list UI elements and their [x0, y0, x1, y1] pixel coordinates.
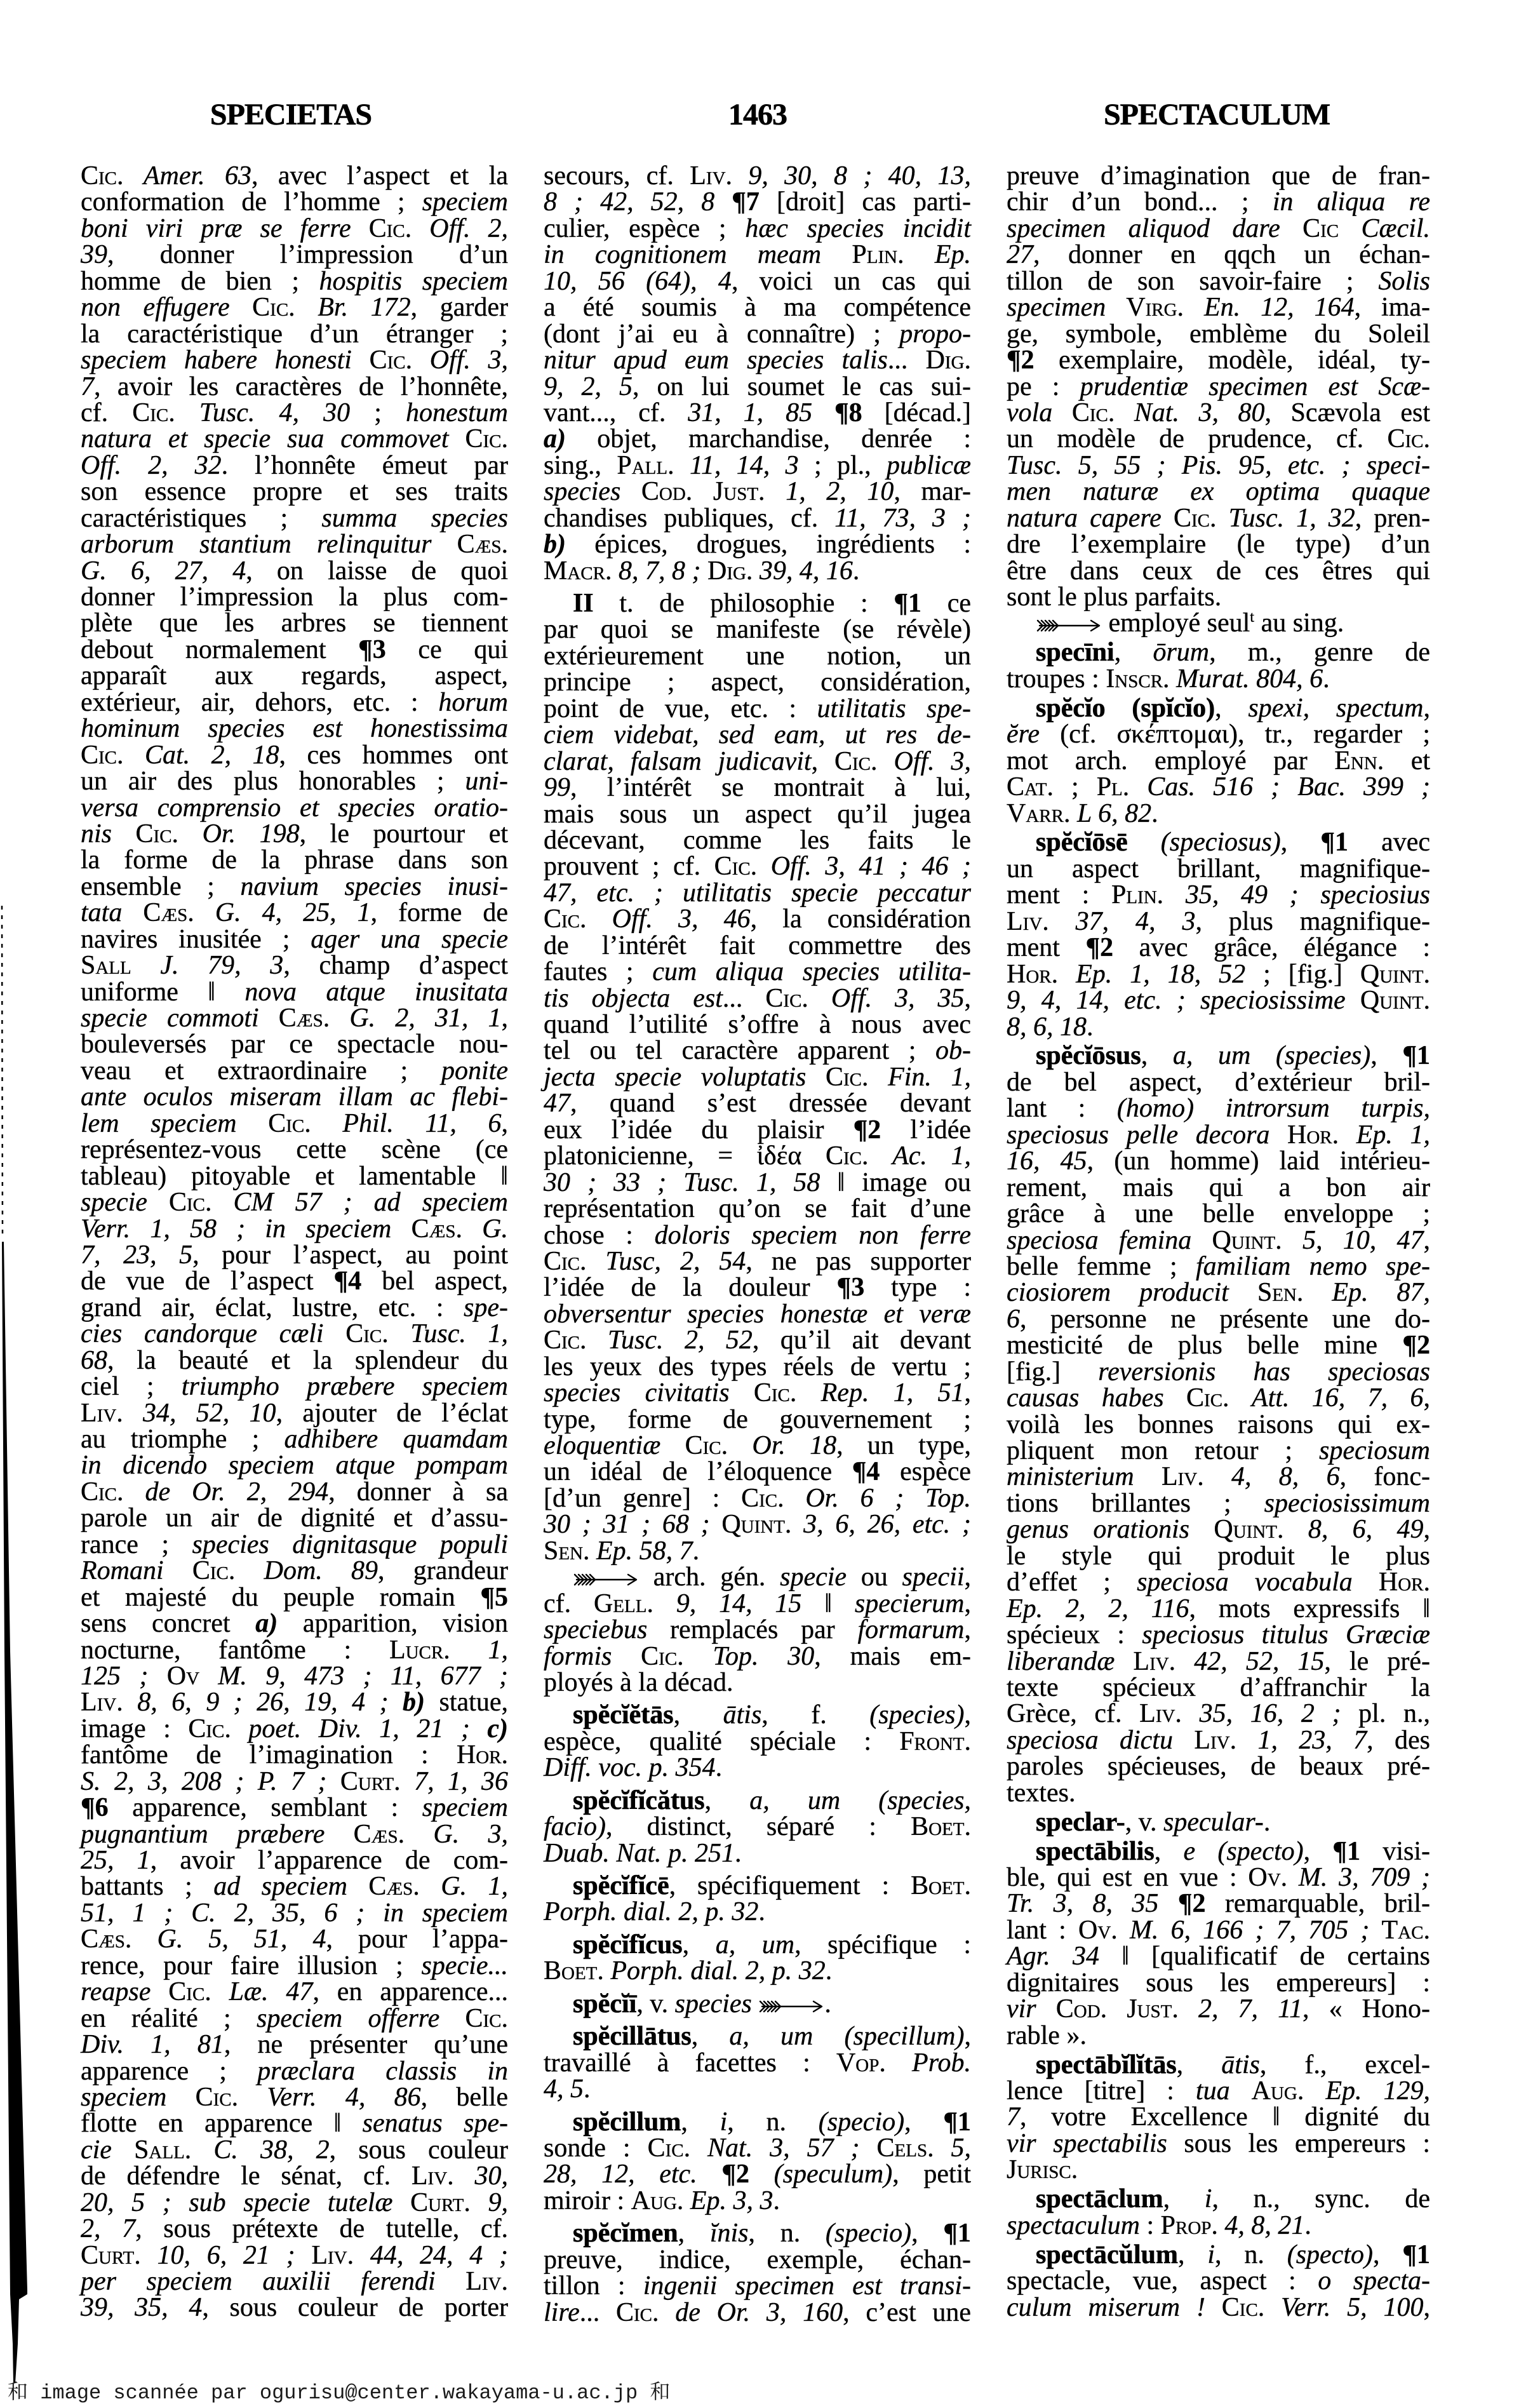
italic-text: G. 1,	[441, 1872, 508, 1901]
text-run: , l’intérêt se montrait à lui,	[570, 773, 971, 802]
author-abbreviation: Pl.	[1097, 772, 1148, 802]
italic-text: Ac. 1,	[892, 1141, 971, 1171]
text-run: ,	[1163, 2184, 1205, 2214]
author-abbreviation: Dig.	[926, 346, 971, 375]
text-run: t. de philosophie :	[594, 589, 894, 618]
text-line: Tr. 3, 8, 35 ¶2 remarquable, bril-	[1007, 1891, 1430, 1917]
text-run: , la considération	[751, 904, 971, 934]
text-run: ;	[1054, 772, 1097, 802]
text-run: ployés à la décad.	[544, 1668, 733, 1697]
text-line: sing., Pall. 11, 14, 3 ; pl., publicæ	[544, 453, 971, 479]
italic-text: Or. 18	[752, 1431, 836, 1460]
text-run: tableau) pitoyable et lamentable ‖	[81, 1162, 508, 1191]
text-line: species civitatis Cic. Rep. 1, 51,	[544, 1380, 971, 1406]
italic-text: tua	[1196, 2076, 1252, 2106]
text-run: ,	[1370, 1041, 1402, 1070]
text-run: un aspect brillant, magnifique-	[1007, 854, 1430, 884]
text-run: le style qui produit le plus	[1007, 1542, 1430, 1571]
italic-text: G.	[482, 1214, 508, 1244]
italic-text: speciem	[422, 187, 508, 217]
text-run: un modèle de prudence, cf.	[1007, 424, 1387, 454]
italic-text: Off. 3, 41 ; 46 ;	[771, 852, 971, 881]
italic-text: 9, 2, 5	[544, 372, 633, 401]
text-run: représentation qu’on se fait d’une	[544, 1194, 971, 1223]
text-run: exemplaire, modèle, idéal, ty-	[1034, 346, 1430, 375]
italic-text: C. 38, 2	[213, 2135, 329, 2165]
text-line: spĕcillum, i, n. (specio), ¶1	[544, 2109, 971, 2135]
text-run: :	[1140, 2211, 1161, 2240]
author-abbreviation: Cic.	[826, 1063, 888, 1092]
author-abbreviation: Cæs.	[457, 530, 508, 559]
italic-text: speciosissimum	[1264, 1489, 1430, 1518]
author-abbreviation: Cic.	[81, 741, 145, 770]
text-line: jecta specie voluptatis Cic. Fin. 1,	[544, 1065, 971, 1091]
italic-text: 30 ; 33 ; Tusc. 1, 58	[544, 1168, 820, 1197]
italic-text: Tusc, 2, 54	[605, 1247, 746, 1276]
author-abbreviation: Hor.	[457, 1740, 508, 1770]
text-run: ,	[1155, 1837, 1184, 1866]
italic-text: Tr. 3, 8, 35	[1007, 1889, 1178, 1918]
italic-text: species civitatis	[544, 1378, 754, 1408]
author-abbreviation: Boet.	[544, 1956, 610, 1986]
text-run: secours, cf.	[544, 161, 690, 191]
text-run: ‖	[801, 1589, 854, 1618]
italic-text: formis	[544, 1642, 641, 1671]
text-line: plète que les arbres se tiennent	[81, 610, 508, 636]
text-line: Grèce, cf. Liv. 35, 16, 2 ; pl. n.,	[1007, 1701, 1430, 1727]
text-run: ; [fig.]	[1245, 960, 1360, 989]
text-line: 9, 2, 5, on lui soumet le cas sui-	[544, 374, 971, 400]
sense-number: ¶1	[943, 2219, 971, 2248]
text-run: , champ d’aspect	[283, 951, 508, 980]
italic-text: Solis	[1378, 267, 1430, 296]
entry-paragraph: secours, cf. Liv. 9, 30, 8 ; 40, 13,8 ; …	[544, 163, 971, 584]
author-abbreviation: Quint.	[1360, 960, 1430, 989]
text-run: ,	[1115, 638, 1153, 667]
text-line: homme de bien ; hospitis speciem	[81, 269, 508, 295]
text-run: , plus magnifique-	[1195, 907, 1430, 936]
text-line: tions brillantes ; speciosissimum	[1007, 1491, 1430, 1517]
italic-text: poet. Div. 1, 21 ;	[248, 1714, 487, 1744]
italic-text: (speciosus)	[1161, 828, 1281, 857]
text-line: ante oculos miseram illam ac flebi-	[81, 1084, 508, 1110]
italic-text: Ep. 58, 7	[596, 1536, 693, 1566]
text-run: sous les empereurs :	[1167, 2129, 1430, 2158]
text-line: in cognitionem meam Plin. Ep.	[544, 242, 971, 268]
text-line: ployés à la décad.	[544, 1670, 971, 1696]
author-abbreviation: Cæs.	[412, 1214, 483, 1244]
italic-text: 44, 24, 4 ;	[370, 2241, 508, 2270]
sense-number: ¶4	[334, 1267, 362, 1296]
text-run: ,	[678, 2219, 710, 2248]
text-line: specimen Virg. En. 12, 164, ima-	[1007, 295, 1430, 321]
text-run: preuve d’imagination que de fran-	[1007, 161, 1430, 191]
sense-number: ¶1	[1320, 828, 1348, 857]
text-run: , c’est une	[843, 2298, 971, 2327]
italic-text: 4, 5	[544, 2074, 584, 2104]
author-abbreviation: Aug.	[1252, 2076, 1326, 2106]
italic-text: specular-	[1163, 1808, 1264, 1837]
text-run: paroles spécieuses, de beaux pré-	[1007, 1752, 1430, 1781]
text-line: représentation qu’on se fait d’une	[544, 1196, 971, 1222]
text-run: textes.	[1007, 1778, 1075, 1808]
italic-text: natura capere	[1007, 504, 1174, 533]
italic-text: horum	[438, 688, 508, 717]
author-abbreviation: Cic.	[345, 1319, 410, 1348]
entry-paragraph: preuve d’imagination que de fran-chir d’…	[1007, 163, 1430, 610]
sense-number: ¶3	[358, 635, 386, 664]
text-run: , n.	[1215, 2240, 1287, 2269]
text-run: mesticité de plus belle mine	[1007, 1331, 1402, 1360]
text-run: , donner à sa	[328, 1477, 508, 1507]
text-line: Cic. Cat. 2, 18, ces hommes ont	[81, 743, 508, 769]
text-line: en réalité ; speciem offerre Cic.	[81, 2006, 508, 2032]
text-run: , belle	[421, 2083, 508, 2112]
italic-text: (speculum)	[774, 2160, 893, 2189]
italic-text: G. 2, 31, 1	[349, 1004, 501, 1033]
author-abbreviation: Prop.	[1161, 2211, 1225, 2240]
text-run: apparition, vision	[278, 1609, 508, 1638]
author-abbreviation: Hor.	[1007, 960, 1076, 989]
text-line: Varr. L 6, 82.	[1007, 801, 1430, 827]
italic-text: ante oculos miseram illam ac flebi-	[81, 1082, 508, 1112]
text-line: Verr. 1, 58 ; in speciem Cæs. G.	[81, 1216, 508, 1242]
text-line: ensemble ; navium species inusi-	[81, 874, 508, 900]
text-line: un air des plus honorables ; uni-	[81, 769, 508, 795]
text-run: ciel ;	[81, 1372, 182, 1401]
text-line: spĕcĭfĭcē, spécifiquement : Boet.	[544, 1873, 971, 1899]
text-run: donner l’impression la plus com-	[81, 582, 508, 612]
text-run: ,	[965, 1378, 972, 1408]
italic-text: in aliqua re	[1273, 187, 1430, 217]
text-run: sonde :	[544, 2134, 648, 2163]
text-run: , on laisse de quoi	[246, 556, 508, 586]
italic-text: 42, 52, 15	[1194, 1647, 1324, 1676]
text-line: ment : Plin. 35, 49 ; speciosius	[1007, 882, 1430, 908]
text-run: ge, symbole, emblème du Soleil	[1007, 319, 1430, 349]
author-abbreviation: Cic.	[81, 1477, 145, 1507]
italic-text: facio)	[544, 1812, 606, 1841]
text-run: Grèce, cf.	[1007, 1699, 1139, 1728]
text-run: .	[1323, 664, 1330, 694]
italic-text: species dignitasque populi	[192, 1530, 508, 1559]
italic-text: in cognitionem meam	[544, 240, 852, 269]
text-run: ,	[904, 2107, 943, 2137]
text-run: , f.	[761, 1700, 869, 1730]
italic-text: versa comprensio et species oratio-	[81, 793, 508, 823]
text-line: Cat. ; Pl. Cas. 516 ; Bac. 399 ;	[1007, 774, 1430, 800]
text-run: rance ;	[81, 1530, 192, 1559]
text-run: de l’intérêt fait commettre des	[544, 931, 971, 960]
italic-text: 11, 73, 3 ;	[834, 504, 971, 533]
italic-text: reapse	[81, 1977, 168, 2006]
italic-text: speciosa dictu	[1007, 1726, 1194, 1755]
text-run: , on lui soumet le cas sui-	[633, 372, 971, 401]
italic-text: tata	[81, 898, 143, 927]
text-line: Porph. dial. 2, p. 32.	[544, 1899, 971, 1925]
sense-number: ¶3	[837, 1273, 865, 1302]
text-run: ,	[1424, 1515, 1431, 1544]
text-run: un idéal de l’éloquence	[544, 1457, 852, 1486]
author-abbreviation: Cic.	[765, 984, 831, 1013]
text-run: , forme de	[371, 898, 508, 927]
text-run: pl. n.,	[1341, 1699, 1430, 1728]
text-run: , donner l’impression d’un	[107, 240, 508, 269]
text-line: men naturæ ex optima quaque	[1007, 479, 1430, 505]
text-line: cies candorque cæli Cic. Tusc. 1,	[81, 1321, 508, 1347]
author-abbreviation: Boet.	[911, 1812, 971, 1841]
text-line: chir d’un bond... ; in aliqua re	[1007, 189, 1430, 215]
text-line: nis Cic. Or. 198, le pourtour et	[81, 821, 508, 847]
text-run: ,	[705, 1786, 750, 1815]
text-line: 8, 6, 18.	[1007, 1014, 1430, 1040]
text-run: , ne pas supporter	[746, 1247, 971, 1276]
text-line: être dans ceux de ces êtres qui	[1007, 558, 1430, 584]
italic-text: Off. 3, 35	[831, 984, 965, 1013]
text-run: [fig.]	[1007, 1357, 1098, 1387]
feathered-arrow-icon	[573, 1571, 639, 1588]
italic-text: per speciem auxilii ferendi	[81, 2267, 465, 2296]
text-run: eux l’idée du plaisir	[544, 1115, 854, 1145]
italic-text: ingenii specimen est transi-	[643, 2271, 971, 2301]
italic-text: Tusc. 4, 30	[199, 398, 350, 427]
text-run: avec	[1348, 828, 1430, 857]
author-abbreviation: Cic.	[465, 2004, 508, 2033]
text-run: .	[693, 1536, 700, 1566]
text-line: 7, votre Excellence ‖ dignité du	[1007, 2104, 1430, 2130]
text-line: chose : doloris speciem non ferre	[544, 1223, 971, 1249]
italic-text: 35, 16, 2 ;	[1200, 1699, 1341, 1728]
text-run: .	[758, 1897, 765, 1926]
text-run: son essence propre et ses traits	[81, 477, 508, 506]
text-line: preuve, indice, exemple, échan-	[544, 2247, 971, 2273]
italic-text: culum miserum !	[1007, 2293, 1222, 2322]
author-abbreviation: Liv.	[81, 1399, 143, 1428]
text-line: spĕcĭōsus, a, um (species), ¶1	[1007, 1043, 1430, 1069]
italic-text: 99	[544, 773, 570, 802]
scan-edge-shadow	[0, 0, 38, 2406]
italic-text: L 6, 82	[1077, 799, 1151, 828]
italic-text: 7	[81, 372, 94, 401]
text-line: image : Cic. poet. Div. 1, 21 ; c)	[81, 1716, 508, 1742]
text-run: ‖ image ou	[820, 1168, 971, 1197]
text-run: type, forme de gouvernement ;	[544, 1405, 971, 1434]
author-abbreviation: Tac.	[1382, 1916, 1430, 1945]
text-line: Liv. 37, 4, 3, plus magnifique-	[1007, 909, 1430, 935]
text-line: Romani Cic. Dom. 89, grandeur	[81, 1558, 508, 1584]
text-run: sont le plus parfaits.	[1007, 582, 1221, 612]
text-run: texte spécieux d’affranchir la	[1007, 1673, 1430, 1702]
text-line: spectacle, vue, aspect : o specta-	[1007, 2268, 1430, 2294]
italic-text: speciem habere honesti	[81, 346, 370, 375]
text-line: rable ».	[1007, 2023, 1430, 2049]
text-run: ment :	[1007, 880, 1111, 910]
text-line: formis Cic. Top. 30, mais em-	[544, 1644, 971, 1670]
text-run: , qu’il ait devant	[753, 1326, 971, 1355]
text-line: 47, etc. ; utilitatis specie peccatur	[544, 880, 971, 906]
dictionary-entry: spĕcĭĕtās, ātis, f. (species),espèce, qu…	[544, 1702, 971, 1781]
text-run: ,	[1215, 694, 1248, 723]
text-run: .	[584, 2074, 591, 2104]
text-run: sing.,	[544, 451, 617, 480]
text-line: tata Cæs. G. 4, 25, 1, forme de	[81, 900, 508, 926]
headword: spĕcillum	[573, 2107, 681, 2137]
italic-text: speciem offerre	[257, 2004, 465, 2033]
subsense-marker: b)	[544, 530, 566, 559]
text-line: spĕcĭo (spĭcĭo), spexi, spectum,	[1007, 696, 1430, 722]
text-line: cie Sall. C. 38, 2, sous couleur	[81, 2137, 508, 2163]
italic-text: Verr. 5, 100	[1281, 2293, 1423, 2322]
italic-text: Off. 3,	[894, 747, 971, 776]
italic-text: specimen	[1007, 293, 1126, 322]
italic-text: jecta specie voluptatis	[544, 1063, 826, 1092]
text-line: dignitaires sous les empereurs] :	[1007, 1970, 1430, 1996]
text-run: apparence ;	[81, 2057, 257, 2086]
text-run: pe :	[1007, 372, 1080, 401]
headword: spĕcĭī	[573, 1989, 636, 2019]
entry-paragraph: Cic. Amer. 63, avec l’aspect et laconfor…	[81, 163, 508, 2322]
italic-text: En. 12, 164	[1204, 293, 1355, 322]
italic-text: honestum	[406, 398, 508, 427]
italic-text: nova atque inusitata	[244, 978, 508, 1007]
italic-text: G. 5, 51, 4	[157, 1925, 326, 1954]
italic-text: 5,	[951, 2134, 972, 2163]
text-run: lence [titre] :	[1007, 2076, 1196, 2106]
text-run: tel ou tel caractère apparent ;	[544, 1036, 935, 1065]
text-line: Jurisc.	[1007, 2157, 1430, 2183]
text-run: , le pourtour et	[300, 819, 508, 849]
italic-text: nis	[81, 819, 136, 849]
text-run: ,	[965, 2022, 972, 2051]
author-abbreviation: Gell.	[594, 1589, 676, 1618]
text-line: flotte en apparence ‖ senatus spe-	[81, 2111, 508, 2137]
text-line: sont le plus parfaits.	[1007, 584, 1430, 610]
text-line: espèce, qualité spéciale : Front.	[544, 1729, 971, 1755]
italic-text: men naturæ ex optima quaque	[1007, 477, 1430, 506]
text-run: platonicienne, = ἰδέα	[544, 1141, 826, 1171]
text-run: prouvent ; cf.	[544, 852, 714, 881]
text-line: 68, la beauté et la splendeur du	[81, 1348, 508, 1374]
dictionary-entry: spĕcĭfĭcē, spécifiquement : Boet.Porph. …	[544, 1873, 971, 1926]
text-line: la caractéristique d’un étranger ;	[81, 321, 508, 347]
italic-text: ministerium	[1007, 1462, 1162, 1491]
text-run: , mais em-	[814, 1642, 971, 1671]
author-abbreviation: Virg.	[1126, 293, 1204, 322]
text-line: extérieur, air, dehors, etc. : horum	[81, 690, 508, 716]
italic-text: Cæcil.	[1361, 214, 1430, 243]
text-run: la caractéristique d’un étranger ;	[81, 319, 508, 349]
text-line: parole un air de dignité et d’assu-	[81, 1505, 508, 1531]
text-line: cf. Gell. 9, 14, 15 ‖ specierum,	[544, 1591, 971, 1617]
page-number: 1463	[728, 100, 787, 130]
text-line: reapse Cic. Læ. 47, en apparence...	[81, 1979, 508, 2005]
italic-text: præclara classis in	[257, 2057, 508, 2086]
text-line: au triomphe ; adhibere quamdam	[81, 1427, 508, 1453]
italic-text: 39, 4, 16	[760, 556, 853, 586]
italic-text: a, um (species)	[1173, 1041, 1370, 1070]
italic-text: Ep. 1,	[1356, 1120, 1430, 1150]
text-run: remarquable, bril-	[1206, 1889, 1430, 1918]
author-abbreviation: Cic.	[641, 1642, 713, 1671]
italic-text: obversentur species honestæ et veræ	[544, 1300, 971, 1329]
text-run: de vue de l’aspect	[81, 1267, 334, 1296]
sense-number: ¶2	[1085, 933, 1113, 962]
text-run: avec grâce, élégance :	[1113, 933, 1430, 962]
text-run: apparence, semblant :	[109, 1793, 422, 1822]
italic-text: 8, 6, 49	[1308, 1515, 1424, 1544]
text-run: plète que les arbres se tiennent	[81, 608, 508, 638]
italic-text: M. 6, 166 ; 7, 705 ;	[1130, 1916, 1382, 1945]
text-run: tions brillantes ;	[1007, 1489, 1264, 1518]
italic-text: Top. 30	[713, 1642, 814, 1671]
italic-text: 4, 8, 21	[1224, 2211, 1304, 2240]
author-abbreviation: Cic.	[465, 424, 508, 454]
text-run: [d’un genre] :	[544, 1484, 741, 1513]
text-line: miroir : Aug. Ep. 3, 3.	[544, 2188, 971, 2214]
italic-text: 9, 4, 14, etc. ; speciosissime	[1007, 986, 1360, 1015]
italic-text: specimen aliquod dare	[1007, 214, 1302, 243]
italic-text: 47	[544, 1089, 570, 1118]
text-run: (dont j’ai eu à connaître) ;	[544, 319, 899, 349]
text-line: nitur apud eum species talis... Dig.	[544, 347, 971, 373]
text-line: la forme de la phrase dans son	[81, 847, 508, 873]
text-run: épices, drogues, ingrédients :	[566, 530, 971, 559]
sense-number: ¶2	[1178, 1889, 1206, 1918]
text-line: veau et extraordinaire ; ponite	[81, 1058, 508, 1084]
text-run: .	[1304, 2211, 1311, 2240]
italic-text: G. 3,	[433, 1820, 508, 1849]
italic-text: adhibere quamdam	[284, 1425, 508, 1454]
text-run: image :	[81, 1714, 188, 1744]
italic-text: prudentiæ specimen est Scæ-	[1080, 372, 1430, 401]
text-line: le style qui produit le plus	[1007, 1543, 1430, 1569]
text-line: preuve d’imagination que de fran-	[1007, 163, 1430, 189]
text-run: culier, espèce ;	[544, 214, 745, 243]
text-line: 2, 7, sous prétexte de tutelle, cf.	[81, 2216, 508, 2242]
text-line: ministerium Liv. 4, 8, 6, fonc-	[1007, 1464, 1430, 1490]
text-line: de défendre le sénat, cf. Liv. 30,	[81, 2163, 508, 2189]
text-run: en réalité ;	[81, 2004, 257, 2033]
text-run: , m., genre de	[1209, 638, 1430, 667]
headword: spĕcĭfĭcē	[573, 1871, 669, 1900]
text-line: (dont j’ai eu à connaître) ; propo-	[544, 321, 971, 347]
text-line: secours, cf. Liv. 9, 30, 8 ; 40, 13,	[544, 163, 971, 189]
italic-text: vir spectabilis	[1007, 2129, 1167, 2158]
italic-text: specie...	[422, 1951, 508, 1980]
italic-text: speciem	[81, 2083, 196, 2112]
headword: speclar-	[1036, 1808, 1125, 1837]
author-abbreviation: Cic.	[648, 2134, 707, 2163]
text-line: de l’intérêt fait commettre des	[544, 933, 971, 959]
text-run: au sing.	[1254, 608, 1344, 638]
text-run: battants ;	[81, 1872, 213, 1901]
text-line: nocturne, fantôme : Lucr. 1,	[81, 1637, 508, 1663]
text-run: , Scævola est	[1265, 398, 1430, 427]
text-line: b) épices, drogues, ingrédients :	[544, 532, 971, 558]
text-line: fautes ; cum aliqua species utilita-	[544, 959, 971, 985]
text-run: [droit] cas parti-	[760, 187, 971, 217]
text-run: ...	[580, 2298, 616, 2327]
italic-text: 7, 1, 36	[414, 1767, 508, 1796]
italic-text: 2, 7, 11	[1198, 1994, 1302, 2024]
text-line: 9, 4, 14, etc. ; speciosissime Quint.	[1007, 988, 1430, 1014]
text-line: type, forme de gouvernement ;	[544, 1407, 971, 1433]
author-abbreviation: Sen.	[1257, 1278, 1332, 1307]
text-line: Sen. Ep. 58, 7.	[544, 1538, 971, 1564]
author-abbreviation: Ov.	[1248, 1863, 1299, 1892]
author-abbreviation: Cic.	[1222, 2293, 1281, 2322]
scan-credit-footer: 和 image scannée par ogurisu@center.wakay…	[8, 2382, 670, 2405]
